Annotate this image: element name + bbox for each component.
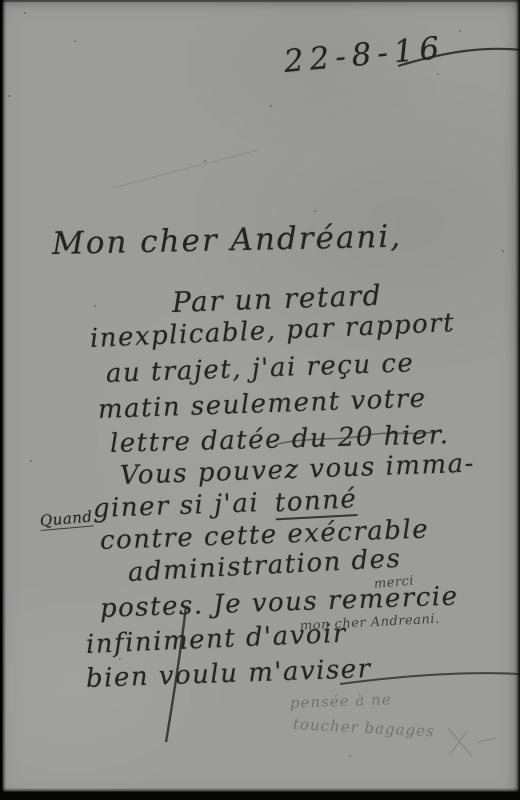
pencil-note: pensée à ne (290, 690, 392, 712)
scanned-letter-page: 22-8-16 Mon cher Andréani, Par un retard… (0, 0, 520, 800)
letter-salutation: Mon cher Andréani, (52, 219, 403, 262)
scan-edge-top (0, 0, 520, 2)
underlined-word: tonné (274, 484, 358, 520)
letter-line-text: giner si j'ai (92, 488, 259, 524)
scan-edge-right (515, 0, 520, 800)
scan-edge-left (0, 0, 6, 800)
scan-edge-bottom (0, 788, 520, 800)
paper-speckles (24, 12, 26, 14)
